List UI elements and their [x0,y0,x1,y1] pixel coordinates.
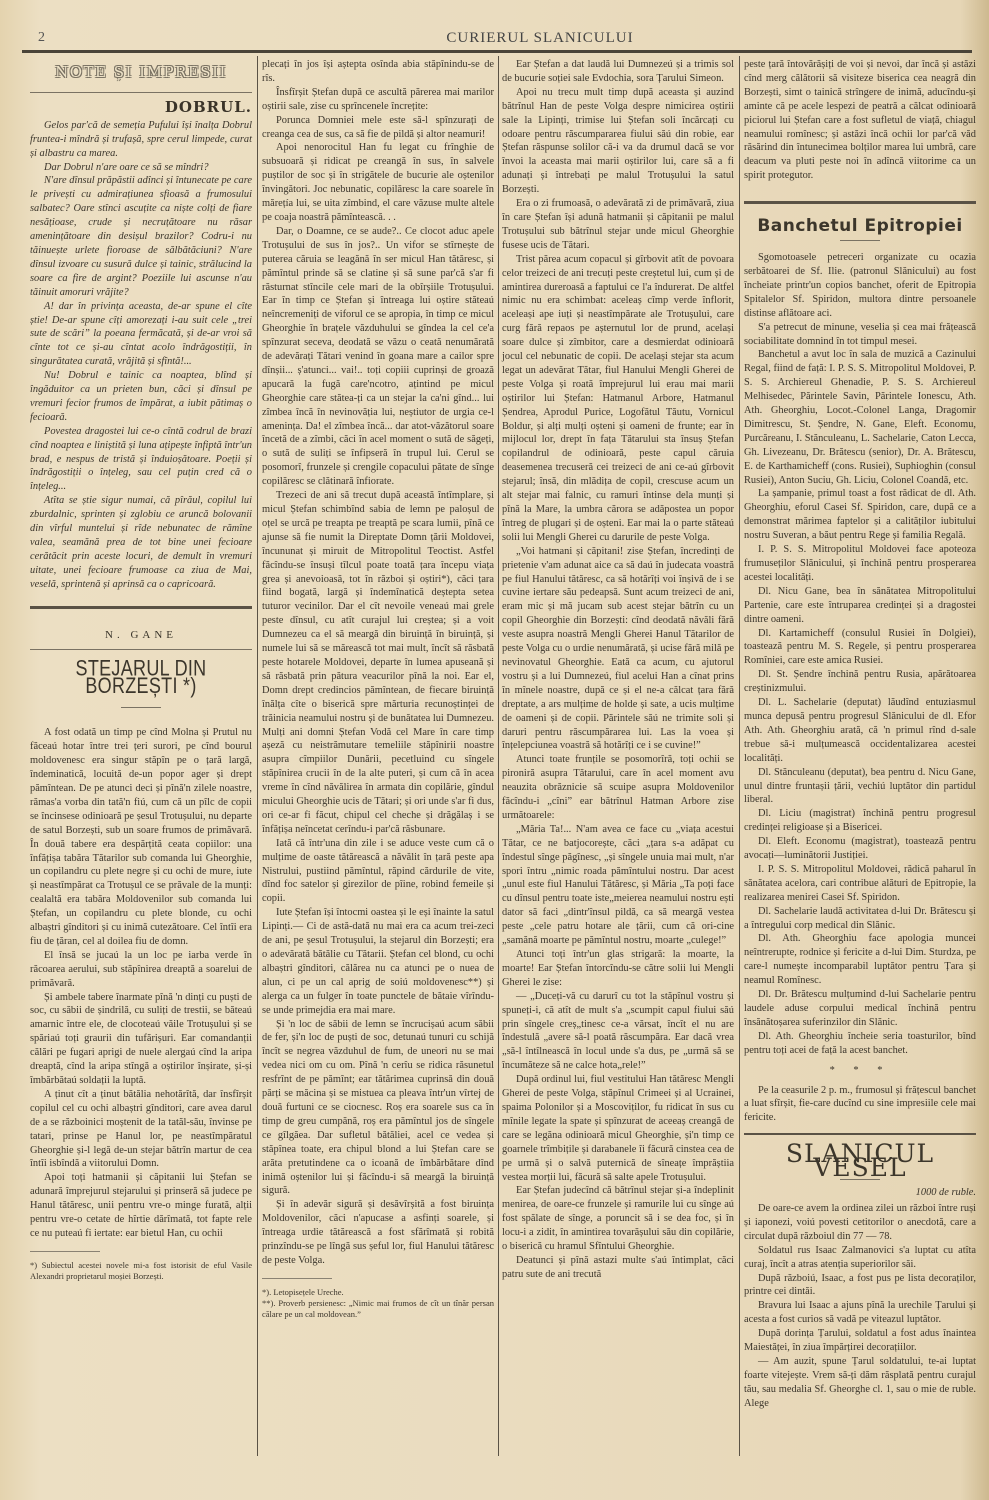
paragraph: S'a petrecut de minune, veselia și cea m… [744,321,976,349]
paragraph: Dl. Sachelarie laudă activitatea d-lui D… [744,905,976,933]
section-stars: * * * [744,1064,976,1078]
paragraph: Sgomotoasele petreceri organizate cu oca… [744,251,976,321]
paragraph: Dl. Ath. Gheorghiu face apologia muncei … [744,932,976,988]
author-byline: N. GANE [30,629,252,643]
divider [744,1133,976,1135]
paragraph: Dl. Liciu (magistrat) închină pentru pro… [744,807,976,835]
paragraph: Soldatul rus Isaac Zalmanovici s'a lupta… [744,1244,976,1272]
paragraph: De oare-ce avem la ordinea zilei un răzb… [744,1202,976,1244]
newspaper-page: 2 CURIERUL SLANICULUI NOTE ȘI IMPRESII D… [0,0,989,1500]
article-title-dobrul: DOBRUL. [30,101,252,115]
footnote: *). Letopisețele Ureche. [262,1287,494,1298]
divider [121,707,161,708]
column-3: Ear Ștefan a dat laudă lui Dumnezeú și a… [502,58,734,1282]
paragraph: Dl. L. Sachelarie (deputat) lăudînd entu… [744,696,976,766]
story-title: STEJARUL DIN BORZEȘTI *) [30,660,252,695]
divider [30,649,252,650]
paragraph: Era o zi frumoasă, o adevărată zi de pri… [502,197,734,253]
paragraph: A! dar în privința aceasta, de-ar spune … [30,300,252,370]
section-title-note-si-impresii: NOTE ȘI IMPRESII [30,58,252,88]
divider [30,606,252,609]
paragraph: plecați în jos își aștepta osînda abia s… [262,58,494,86]
header-rule [22,50,972,53]
paragraph: Nu! Dobrul e tainic ca noaptea, blînd și… [30,369,252,425]
paragraph: Trist părea acum copacul și gîrbovit atî… [502,253,734,545]
paragraph: Însfîrșit Ștefan după ce ascultă părerea… [262,86,494,114]
paragraph: După războiú, Isaac, a fost pus pe lista… [744,1272,976,1300]
paragraph: După dorința Țarului, soldatul a fost ad… [744,1327,976,1355]
article-subtitle: 1000 de ruble. [744,1186,976,1200]
paragraph: Dl. Ath. Gheorghiu încheie seria toastur… [744,1030,976,1058]
paragraph: Bravura lui Isaac a ajuns pînă la urechi… [744,1299,976,1327]
paragraph: Pe la ceasurile 2 p. m., frumosul și fră… [744,1084,976,1126]
paragraph: I. P. S. S. Mitropolitul Moldovei face a… [744,543,976,585]
paragraph: Dl. Stănculeanu (deputat), bea pentru d.… [744,766,976,808]
article-title-slanicul-vesel: SLANICUL VESEL [744,1147,976,1175]
column-1: NOTE ȘI IMPRESII DOBRUL. Gelos par'că de… [30,58,252,1282]
paragraph: N'are dînsul prăpăstii adînci și întunec… [30,174,252,299]
article-title-banchetul-epitropiei: Banchetul Epitropiei [744,220,976,234]
footnote: **). Proverb persienesc: „Nimic mai frum… [262,1298,494,1320]
paragraph: — Am auzit, spune Țarul soldatului, te-a… [744,1355,976,1411]
column-divider [498,56,499,1456]
paragraph: Apoi nu trecu mult timp după aceasta și … [502,86,734,197]
paragraph: Dl. Nicu Gane, bea în sănătatea Mitropol… [744,585,976,627]
paragraph: — „Duceți-vă cu darurî cu tot la stăpînu… [502,990,734,1073]
paragraph: Dar Dobrul n'are oare ce să se mîndri? [30,161,252,175]
paragraph: Dl. Eleft. Economu (magistrat), toasteaz… [744,835,976,863]
paragraph: Atunci toți într'un glas strigară: la mo… [502,948,734,990]
page-number: 2 [38,30,45,46]
divider [744,201,976,204]
paragraph: El însă se jucaú la un loc pe iarba verd… [30,949,252,991]
column-2: plecați în jos își aștepta osînda abia s… [262,58,494,1320]
column-4: peste țară întovărășiți de voi și nevoi,… [744,58,976,1411]
paragraph: A fost odată un timp pe cînd Molna și Pr… [30,726,252,949]
paragraph: I. P. S. S. Mitropolitul Moldovei, rădic… [744,863,976,905]
paragraph: Dar, o Doamne, ce se aude?.. Ce clocot a… [262,225,494,489]
paragraph: „Măria Ta!... N'am avea ce face cu „viaț… [502,823,734,948]
footnote-divider [262,1278,332,1279]
divider [840,240,880,241]
column-divider [257,56,258,1456]
paragraph: A ținut cît a ținut bătălia nehotărîtă, … [30,1088,252,1171]
paragraph: Și în adevăr sigură și desăvîrșită a fos… [262,1198,494,1268]
masthead: CURIERUL SLANICULUI [320,30,760,47]
paragraph: Ear Ștefan a dat laudă lui Dumnezeú și a… [502,58,734,86]
paragraph: Gelos par'că de semeția Pufului își înal… [30,119,252,161]
paragraph: Porunca Domniei mele este să-l spînzuraț… [262,114,494,142]
paragraph: Dl. Dr. Brătescu mulțumind d-lui Sachela… [744,988,976,1030]
paragraph: Iată că într'una din zile i se aduce ves… [262,837,494,907]
footnote: *) Subiectul acestei novele mi-a fost is… [30,1260,252,1282]
column-divider [739,56,740,1456]
paragraph: Atîta se știe sigur numai, că pîrăul, co… [30,494,252,591]
paragraph: Banchetul a avut loc în sala de muzică a… [744,348,976,487]
paragraph: peste țară întovărășiți de voi și nevoi,… [744,58,976,183]
paragraph: După ordinul lui, fiul vestitului Han tă… [502,1073,734,1184]
divider [30,92,252,93]
article-body-dobrul: Gelos par'că de semeția Pufului își înal… [30,119,252,592]
paragraph: Trezeci de ani să trecut după această în… [262,489,494,837]
paragraph: Povestea dragostei lui ce-o cîntă codrul… [30,425,252,495]
paragraph: „Voi hatmani și căpitani! zise Ștefan, î… [502,545,734,754]
paragraph: Deatunci și pînă astazi multe s'aú întim… [502,1254,734,1282]
paragraph: Atunci toate frunțile se posomorîră, toț… [502,753,734,823]
paragraph: Dl. Kartamicheff (consulul Rusiei în Dol… [744,627,976,669]
paragraph: Și 'n loc de săbii de lemn se încrucișaú… [262,1018,494,1199]
paragraph: Apoi nenorocitul Han fu legat cu frînghi… [262,141,494,224]
paragraph: Apoi toți hatmanii și căpitanii lui Ștef… [30,1171,252,1241]
paragraph: Și ambele tabere înarmate pînă 'n dinți … [30,991,252,1088]
paragraph: Iute Ștefan își întocmi oastea și le eși… [262,906,494,1017]
footnote-divider [30,1251,100,1252]
paragraph: La șampanie, primul toast a fost rădicat… [744,487,976,543]
story-body: A fost odată un timp pe cînd Molna și Pr… [30,726,252,1241]
paragraph: Dl. St. Șendre închină pentru Rusia, apă… [744,668,976,696]
paragraph: Ear Ștefan judecînd că bătrînul stejar ș… [502,1184,734,1254]
